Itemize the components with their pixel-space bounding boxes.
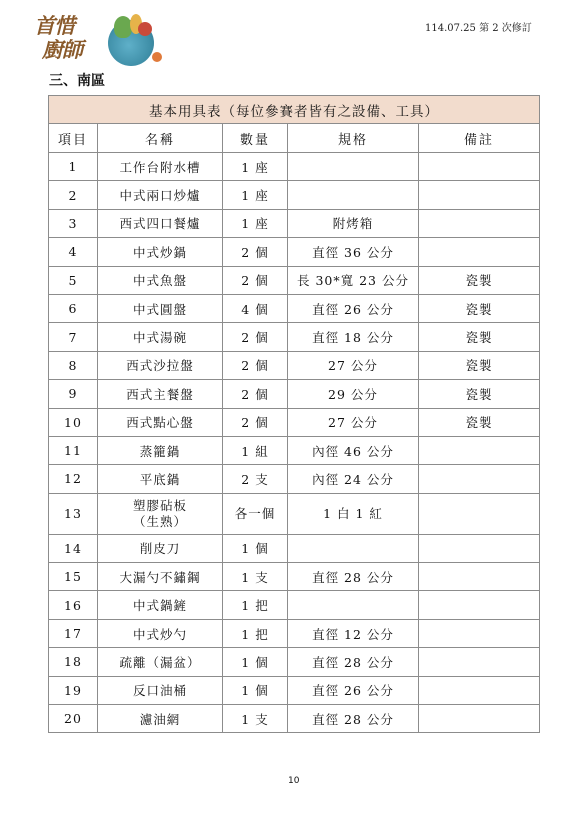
cell-note — [419, 705, 540, 733]
cell-qty: 2 個 — [223, 351, 288, 379]
cell-note — [419, 436, 540, 464]
cell-qty: 1 支 — [223, 705, 288, 733]
cell-note — [419, 181, 540, 209]
cell-spec: 直徑 18 公分 — [288, 323, 419, 351]
cell-name: 中式魚盤 — [98, 266, 223, 294]
cell-no: 20 — [49, 705, 98, 733]
cell-name: 大漏勺不鏽鋼 — [98, 563, 223, 591]
cell-note — [419, 534, 540, 562]
cell-spec: 直徑 26 公分 — [288, 676, 419, 704]
cell-spec: 直徑 28 公分 — [288, 563, 419, 591]
vegetable-icon — [152, 52, 162, 62]
cell-name: 中式圓盤 — [98, 294, 223, 322]
cell-spec: 1 白 1 紅 — [288, 493, 419, 534]
section-title: 三、南區 — [49, 70, 105, 90]
cell-name: 疏離（漏盆） — [98, 648, 223, 676]
cell-no: 7 — [49, 323, 98, 351]
cell-note — [419, 648, 540, 676]
cell-note — [419, 465, 540, 493]
cell-name: 平底鍋 — [98, 465, 223, 493]
table-row: 14 削皮刀 1 個 — [49, 534, 540, 562]
cell-spec: 27 公分 — [288, 351, 419, 379]
cell-qty: 1 座 — [223, 153, 288, 181]
cell-no: 11 — [49, 436, 98, 464]
cell-spec — [288, 153, 419, 181]
cell-spec: 直徑 28 公分 — [288, 648, 419, 676]
cell-qty: 1 支 — [223, 563, 288, 591]
cell-qty: 2 個 — [223, 323, 288, 351]
table-row: 15 大漏勺不鏽鋼 1 支 直徑 28 公分 — [49, 563, 540, 591]
cell-note: 瓷製 — [419, 351, 540, 379]
cell-no: 14 — [49, 534, 98, 562]
cell-spec: 直徑 26 公分 — [288, 294, 419, 322]
cell-qty: 1 個 — [223, 534, 288, 562]
cell-note: 瓷製 — [419, 408, 540, 436]
cell-note — [419, 209, 540, 237]
logo-text-line2: 廚師 — [34, 38, 82, 62]
cell-name: 濾油網 — [98, 705, 223, 733]
cell-note — [419, 619, 540, 647]
cell-name-line2: （生熟） — [98, 514, 222, 530]
cell-qty: 2 個 — [223, 238, 288, 266]
table-row: 4 中式炒鍋 2 個 直徑 36 公分 — [49, 238, 540, 266]
table-row: 11 蒸籠鍋 1 組 內徑 46 公分 — [49, 436, 540, 464]
cell-spec: 內徑 46 公分 — [288, 436, 419, 464]
table-row: 10 西式點心盤 2 個 27 公分 瓷製 — [49, 408, 540, 436]
table-row: 16 中式鍋鏟 1 把 — [49, 591, 540, 619]
table-title: 基本用具表（每位參賽者皆有之設備、工具） — [49, 96, 540, 124]
table-row: 5 中式魚盤 2 個 長 30*寬 23 公分 瓷製 — [49, 266, 540, 294]
cell-spec: 內徑 24 公分 — [288, 465, 419, 493]
cell-qty: 2 個 — [223, 408, 288, 436]
table-row: 13 塑膠砧板 （生熟） 各一個 1 白 1 紅 — [49, 493, 540, 534]
cell-qty: 1 座 — [223, 209, 288, 237]
cell-note: 瓷製 — [419, 294, 540, 322]
cell-spec: 長 30*寬 23 公分 — [288, 266, 419, 294]
column-header-quantity: 數量 — [223, 124, 288, 153]
cell-name: 西式沙拉盤 — [98, 351, 223, 379]
cell-no: 2 — [49, 181, 98, 209]
revision-note: 114.07.25 第 2 次修訂 — [425, 19, 532, 34]
cell-spec — [288, 181, 419, 209]
cell-name: 中式鍋鏟 — [98, 591, 223, 619]
cell-name: 中式炒鍋 — [98, 238, 223, 266]
cell-qty: 1 把 — [223, 591, 288, 619]
cell-spec — [288, 534, 419, 562]
page-number: 10 — [288, 776, 299, 786]
table-row: 20 濾油網 1 支 直徑 28 公分 — [49, 705, 540, 733]
cell-spec: 27 公分 — [288, 408, 419, 436]
cell-note — [419, 493, 540, 534]
cell-name: 削皮刀 — [98, 534, 223, 562]
cell-note — [419, 676, 540, 704]
cell-qty: 1 組 — [223, 436, 288, 464]
table-row: 7 中式湯碗 2 個 直徑 18 公分 瓷製 — [49, 323, 540, 351]
table-row: 2 中式兩口炒爐 1 座 — [49, 181, 540, 209]
table-row: 18 疏離（漏盆） 1 個 直徑 28 公分 — [49, 648, 540, 676]
table-header-row: 項目 名稱 數量 規格 備註 — [49, 124, 540, 153]
cell-spec: 直徑 12 公分 — [288, 619, 419, 647]
cell-note — [419, 591, 540, 619]
cell-name-line1: 塑膠砧板 — [98, 498, 222, 514]
cell-name: 中式湯碗 — [98, 323, 223, 351]
cell-name: 工作台附水槽 — [98, 153, 223, 181]
cell-name: 西式主餐盤 — [98, 380, 223, 408]
logo: 首惜 廚師 — [30, 12, 160, 67]
vegetable-icon — [138, 22, 152, 36]
cell-no: 16 — [49, 591, 98, 619]
logo-text-line1: 首惜 — [34, 13, 74, 38]
cell-no: 6 — [49, 294, 98, 322]
cell-name: 塑膠砧板 （生熟） — [98, 493, 223, 534]
cell-qty: 2 個 — [223, 380, 288, 408]
cell-qty: 各一個 — [223, 493, 288, 534]
table-row: 12 平底鍋 2 支 內徑 24 公分 — [49, 465, 540, 493]
cell-spec: 直徑 36 公分 — [288, 238, 419, 266]
cell-no: 8 — [49, 351, 98, 379]
cell-no: 15 — [49, 563, 98, 591]
cell-name: 蒸籠鍋 — [98, 436, 223, 464]
cell-note — [419, 153, 540, 181]
cell-no: 18 — [49, 648, 98, 676]
cell-no: 9 — [49, 380, 98, 408]
cell-note: 瓷製 — [419, 323, 540, 351]
table-row: 17 中式炒勺 1 把 直徑 12 公分 — [49, 619, 540, 647]
cell-spec: 直徑 28 公分 — [288, 705, 419, 733]
cell-qty: 1 個 — [223, 648, 288, 676]
column-header-name: 名稱 — [98, 124, 223, 153]
cell-no: 4 — [49, 238, 98, 266]
table-row: 8 西式沙拉盤 2 個 27 公分 瓷製 — [49, 351, 540, 379]
cell-no: 12 — [49, 465, 98, 493]
cell-qty: 4 個 — [223, 294, 288, 322]
cell-spec: 附烤箱 — [288, 209, 419, 237]
cell-name: 反口油桶 — [98, 676, 223, 704]
logo-text: 首惜 廚師 — [34, 14, 82, 62]
cell-qty: 2 支 — [223, 465, 288, 493]
cell-qty: 1 座 — [223, 181, 288, 209]
cell-no: 19 — [49, 676, 98, 704]
cell-spec: 29 公分 — [288, 380, 419, 408]
cell-no: 5 — [49, 266, 98, 294]
table-row: 9 西式主餐盤 2 個 29 公分 瓷製 — [49, 380, 540, 408]
cell-no: 13 — [49, 493, 98, 534]
table-row: 19 反口油桶 1 個 直徑 26 公分 — [49, 676, 540, 704]
cell-name: 西式四口餐爐 — [98, 209, 223, 237]
cell-name: 西式點心盤 — [98, 408, 223, 436]
table-row: 1 工作台附水槽 1 座 — [49, 153, 540, 181]
table-row: 6 中式圓盤 4 個 直徑 26 公分 瓷製 — [49, 294, 540, 322]
cell-spec — [288, 591, 419, 619]
cell-qty: 1 把 — [223, 619, 288, 647]
cell-note — [419, 238, 540, 266]
cell-note: 瓷製 — [419, 380, 540, 408]
cell-note: 瓷製 — [419, 266, 540, 294]
cell-note — [419, 563, 540, 591]
column-header-note: 備註 — [419, 124, 540, 153]
cell-no: 10 — [49, 408, 98, 436]
cell-no: 17 — [49, 619, 98, 647]
table-row: 3 西式四口餐爐 1 座 附烤箱 — [49, 209, 540, 237]
cell-no: 1 — [49, 153, 98, 181]
column-header-spec: 規格 — [288, 124, 419, 153]
cell-name: 中式兩口炒爐 — [98, 181, 223, 209]
cell-no: 3 — [49, 209, 98, 237]
cell-qty: 2 個 — [223, 266, 288, 294]
cell-name: 中式炒勺 — [98, 619, 223, 647]
cell-qty: 1 個 — [223, 676, 288, 704]
equipment-table: 基本用具表（每位參賽者皆有之設備、工具） 項目 名稱 數量 規格 備註 1 工作… — [48, 95, 540, 733]
column-header-item: 項目 — [49, 124, 98, 153]
